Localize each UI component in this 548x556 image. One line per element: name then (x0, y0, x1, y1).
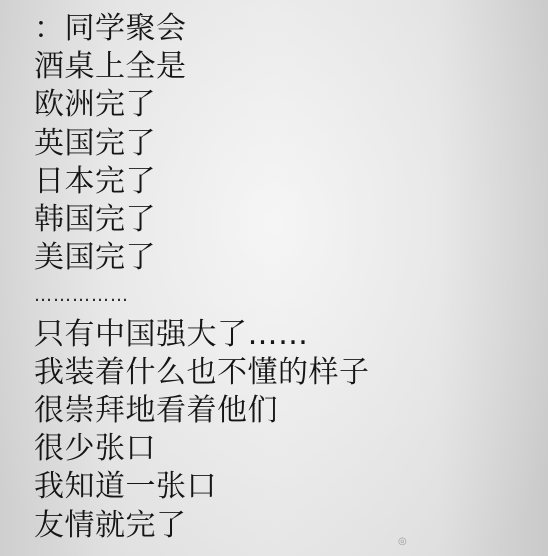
text-line: 韩国完了 (34, 201, 370, 239)
image-background: ：同学聚会 酒桌上全是 欧洲完了 英国完了 日本完了 韩国完了 美国完了 ………… (0, 0, 548, 556)
text-line: 友情就完了 (34, 507, 370, 545)
text-line: 很崇拜地看着他们 (34, 392, 370, 430)
text-line: ：同学聚会 (34, 10, 370, 48)
text-line: 日本完了 (34, 163, 370, 201)
text-line: 很少张口 (34, 430, 370, 468)
text-line: 只有中国强大了…… (34, 316, 370, 354)
text-line: 酒桌上全是 (34, 48, 370, 86)
text-line: 我装着什么也不懂的样子 (34, 354, 370, 392)
text-line: 欧洲完了 (34, 86, 370, 124)
text-line: 我知道一张口 (34, 468, 370, 506)
text-line: 美国完了 (34, 239, 370, 277)
text-line: 英国完了 (34, 125, 370, 163)
ellipsis-line: …………… (34, 277, 370, 315)
text-block: ：同学聚会 酒桌上全是 欧洲完了 英国完了 日本完了 韩国完了 美国完了 ………… (34, 10, 370, 545)
watermark-icon: ◎ (398, 536, 407, 547)
